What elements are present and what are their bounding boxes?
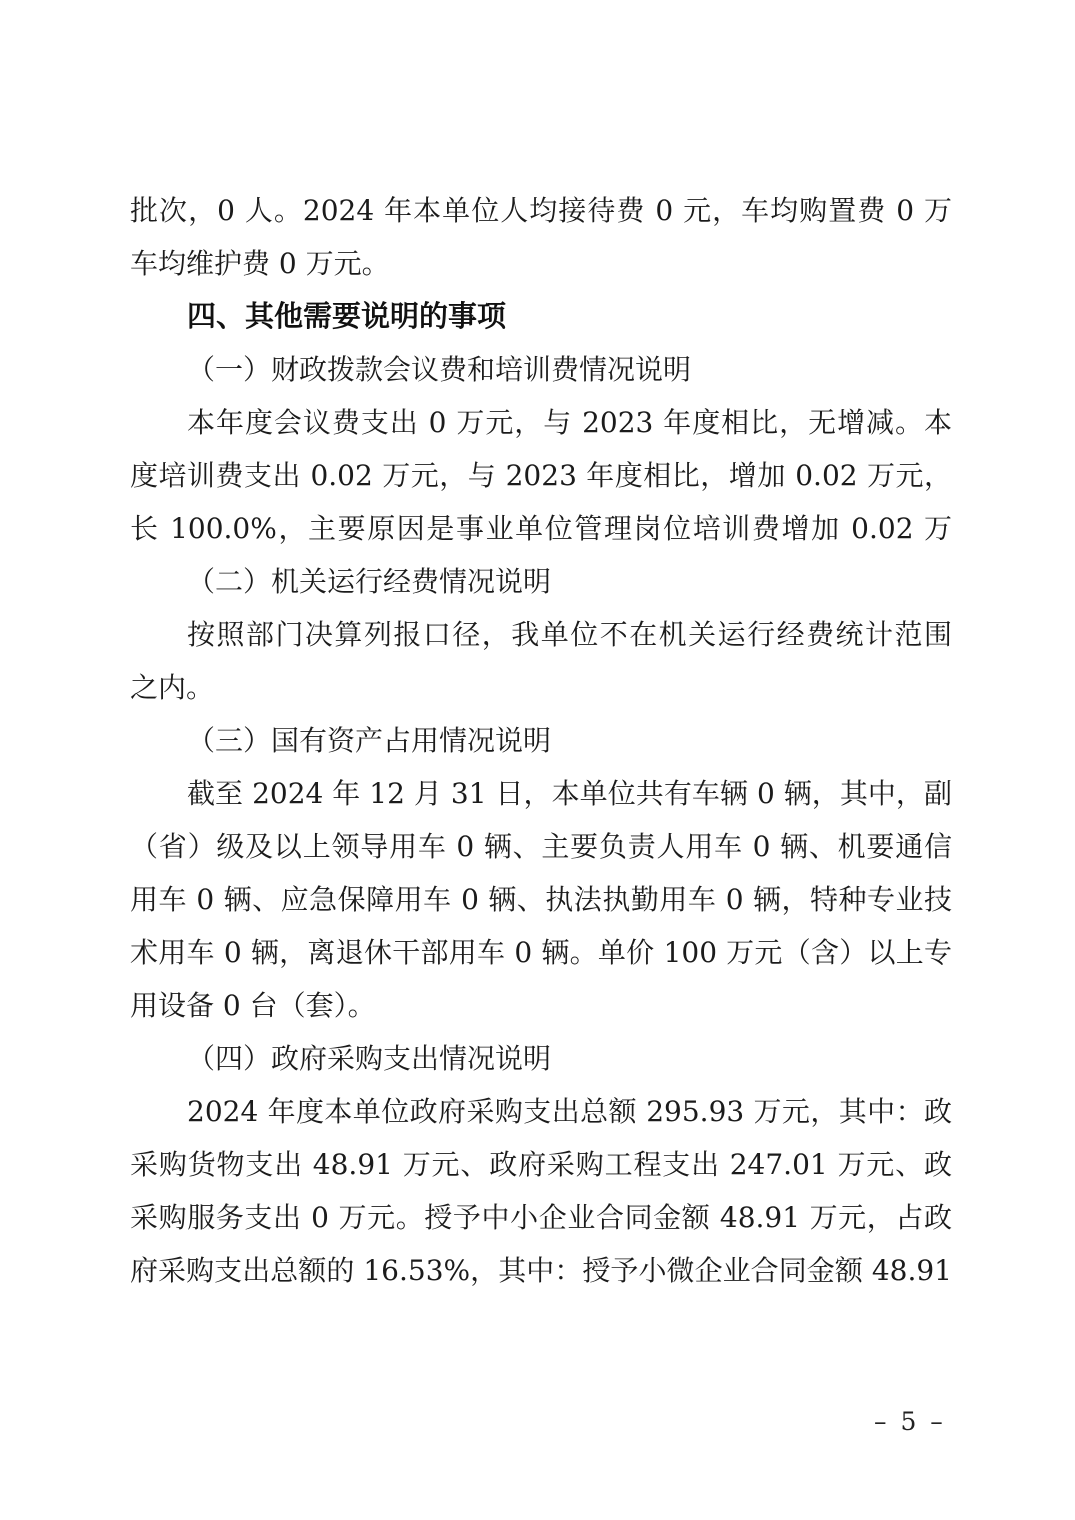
page-number: – 5 – xyxy=(874,1406,946,1438)
body-text-line: 车均维护费 0 万元。 xyxy=(130,237,952,290)
body-text-line: （省）级及以上领导用车 0 辆、主要负责人用车 0 辆、机要通信 xyxy=(130,820,952,873)
subsection-heading: （二）机关运行经费情况说明 xyxy=(130,555,952,608)
body-text-line: 2024 年度本单位政府采购支出总额 295.93 万元，其中：政府 xyxy=(130,1085,952,1138)
document-body: 批次，0 人。2024 年本单位人均接待费 0 元，车均购置费 0 万元，车均维… xyxy=(130,184,952,1297)
body-text-line: 采购服务支出 0 万元。授予中小企业合同金额 48.91 万元，占政 xyxy=(130,1191,952,1244)
body-text-line: 术用车 0 辆，离退休干部用车 0 辆。单价 100 万元（含）以上专 xyxy=(130,926,952,979)
body-text-line: 按照部门决算列报口径，我单位不在机关运行经费统计范围 xyxy=(130,608,952,661)
body-text-line: 批次，0 人。2024 年本单位人均接待费 0 元，车均购置费 0 万元， xyxy=(130,184,952,237)
body-text-line: 用设备 0 台（套）。 xyxy=(130,979,952,1032)
document-page: 批次，0 人。2024 年本单位人均接待费 0 元，车均购置费 0 万元，车均维… xyxy=(0,0,1075,1520)
body-text-line: 府采购支出总额的 16.53%，其中：授予小微企业合同金额 48.91 xyxy=(130,1244,952,1297)
body-text-line: 本年度会议费支出 0 万元，与 2023 年度相比，无增减。本年 xyxy=(130,396,952,449)
subsection-heading: （三）国有资产占用情况说明 xyxy=(130,714,952,767)
body-text-line: 长 100.0%，主要原因是事业单位管理岗位培训费增加 0.02 万元。 xyxy=(130,502,952,555)
body-text-line: 用车 0 辆、应急保障用车 0 辆、执法执勤用车 0 辆，特种专业技 xyxy=(130,873,952,926)
subsection-heading: （四）政府采购支出情况说明 xyxy=(130,1032,952,1085)
body-text-line: 采购货物支出 48.91 万元、政府采购工程支出 247.01 万元、政府 xyxy=(130,1138,952,1191)
section-heading: 四、其他需要说明的事项 xyxy=(130,290,952,343)
body-text-line: 度培训费支出 0.02 万元，与 2023 年度相比，增加 0.02 万元，增 xyxy=(130,449,952,502)
body-text-line: 之内。 xyxy=(130,661,952,714)
body-text-line: 截至 2024 年 12 月 31 日，本单位共有车辆 0 辆，其中，副部 xyxy=(130,767,952,820)
subsection-heading: （一）财政拨款会议费和培训费情况说明 xyxy=(130,343,952,396)
